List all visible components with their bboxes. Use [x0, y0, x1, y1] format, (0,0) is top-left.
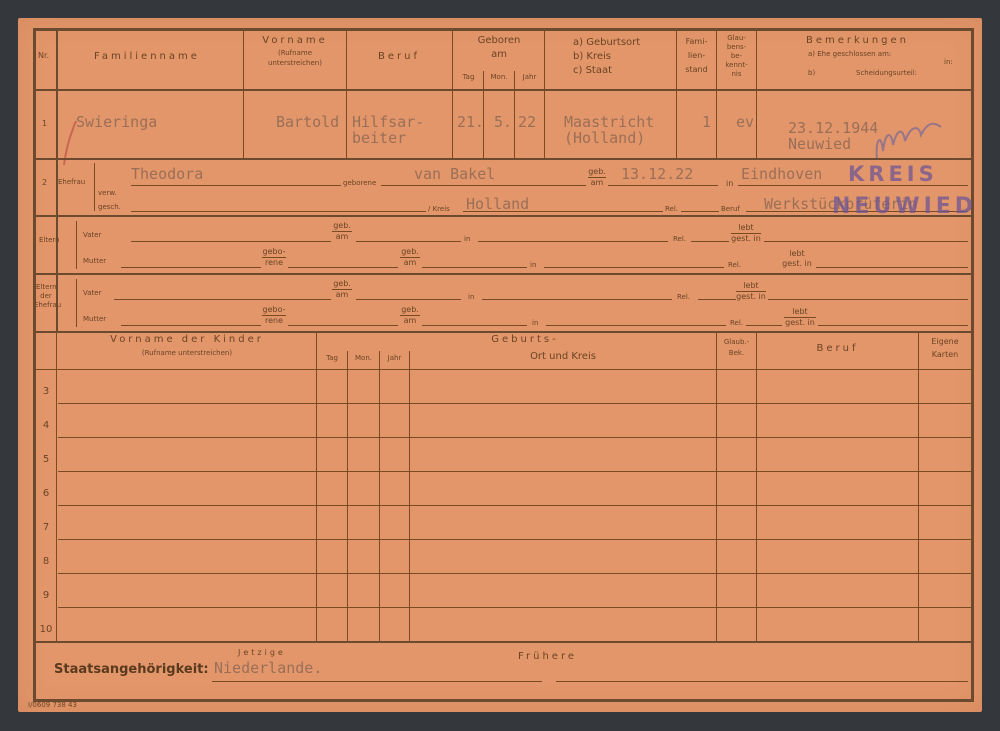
row-nr-1: 1	[42, 119, 47, 128]
in-label: in	[532, 319, 538, 327]
divider	[544, 31, 545, 158]
fill-line	[114, 299, 331, 300]
geb-jahr-value: 22	[518, 113, 536, 131]
kinder-header-vorname: Vorname der Kinder	[58, 334, 316, 345]
header-nr: Nr.	[38, 51, 49, 60]
geborene-label: gebo-rene	[262, 305, 286, 326]
geb-am-label: geb.am	[332, 279, 352, 300]
eltern-label: Eltern	[39, 236, 60, 244]
card-frame: Nr. Familienname Vorname (Rufname unters…	[33, 28, 974, 702]
fruehere-label: Frühere	[518, 651, 577, 662]
kinder-header-mon: Mon.	[348, 354, 379, 362]
divider	[36, 89, 971, 91]
header-glaube: kennt-	[717, 61, 756, 69]
fill-line	[463, 211, 663, 212]
kinder-header-note: (Rufname unterstreichen)	[58, 349, 316, 357]
rel-label: Rel.	[728, 261, 741, 269]
brace	[76, 221, 77, 269]
divider	[36, 215, 971, 217]
fill-line	[212, 681, 542, 682]
header-geboren: Geboren	[454, 35, 544, 46]
lebt-gest-label: lebtgest. in	[731, 223, 761, 244]
jetzige-value: Niederlande.	[214, 659, 322, 677]
kreis-label: / Kreis	[428, 205, 450, 213]
ehefrau-vorname: Theodora	[131, 165, 203, 183]
child-row-line	[58, 403, 971, 404]
header-tag: Tag	[454, 73, 483, 81]
in-label: in	[468, 293, 474, 301]
eltern-ehefrau-vater-label: Vater	[83, 289, 101, 297]
eltern-mutter-label: Mutter	[83, 257, 106, 265]
glaube-value: ev	[736, 113, 754, 131]
red-mark-icon	[62, 119, 82, 169]
fill-line	[764, 241, 968, 242]
header-bem-in: in:	[944, 58, 953, 66]
in-label: in	[464, 235, 470, 243]
kinder-header-geburts: Geburts-	[410, 334, 640, 345]
fill-line	[691, 241, 729, 242]
fill-line	[131, 211, 426, 212]
fill-line	[546, 325, 726, 326]
fill-line	[816, 267, 968, 268]
geb-am-label: geb.am	[400, 247, 420, 268]
fill-line	[746, 325, 782, 326]
kinder-header-glaub: Glaub.-	[717, 338, 756, 346]
geborene-label: geborene	[343, 179, 376, 187]
header-vorname-note: (Rufname	[246, 49, 344, 57]
divider	[716, 331, 717, 641]
fill-line	[608, 185, 718, 186]
rel-label: Rel.	[677, 293, 690, 301]
kinder-header-eigene: Eigene	[919, 337, 971, 346]
divider	[316, 331, 317, 641]
header-familienstand: Fami-	[677, 37, 716, 46]
in-label: in	[726, 179, 733, 188]
eltern-vater-label: Vater	[83, 231, 101, 239]
stamp-kreis: KREIS	[848, 162, 938, 186]
divider	[36, 641, 971, 643]
header-beruf: Beruf	[348, 51, 450, 62]
registration-card: Nr. Familienname Vorname (Rufname unters…	[18, 18, 982, 712]
child-row-nr: 3	[38, 386, 54, 397]
header-familienstand: stand	[677, 65, 716, 74]
divider	[36, 331, 971, 333]
geborene-label: gebo-rene	[262, 247, 286, 268]
rel-label: Rel.	[730, 319, 743, 327]
fill-line	[422, 325, 527, 326]
divider	[346, 31, 347, 158]
geb-am-label: geb.am	[400, 305, 420, 326]
geb-am-label: geb.am	[588, 167, 606, 188]
header-glaube: Glau-	[717, 34, 756, 42]
form-code: I/0609 738 43	[28, 701, 77, 709]
kinder-header-beruf: Beruf	[757, 343, 918, 354]
row-nr-2: 2	[42, 178, 47, 187]
fill-line	[356, 241, 461, 242]
fill-line	[131, 241, 331, 242]
fill-line	[768, 299, 968, 300]
header-geboren-am: am	[454, 49, 544, 60]
child-row-nr: 9	[38, 590, 54, 601]
beruf-label: Beruf	[721, 205, 740, 213]
child-row-line	[58, 437, 971, 438]
divider	[409, 351, 410, 641]
eltern-ehefrau-label: Eltern	[36, 283, 56, 291]
divider	[56, 331, 57, 641]
fill-line	[121, 267, 261, 268]
child-row-nr: 7	[38, 522, 54, 533]
eltern-ehefrau-mutter-label: Mutter	[83, 315, 106, 323]
geb-am-label: geb.am	[332, 221, 352, 242]
geb-mon-value: 5.	[494, 113, 512, 131]
familienname-value: Swieringa	[76, 113, 157, 131]
brace	[94, 163, 95, 211]
fill-line	[381, 185, 586, 186]
divider	[756, 31, 757, 158]
staatsangehoerigkeit-label: Staatsangehörigkeit:	[54, 662, 209, 677]
fill-line	[681, 211, 719, 212]
child-row-line	[58, 471, 971, 472]
header-ort-b: b) Kreis	[573, 51, 611, 62]
divider	[379, 351, 380, 641]
fill-line	[818, 325, 968, 326]
kinder-header-glaub: Bek.	[717, 349, 756, 357]
fill-line	[698, 299, 736, 300]
header-bemerkungen: Bemerkungen	[806, 35, 909, 46]
rel-label: Rel.	[665, 205, 678, 213]
ehefrau-geb-ort: Eindhoven	[741, 165, 822, 183]
fill-line	[288, 325, 398, 326]
ehe-place-value: Neuwied	[788, 135, 851, 153]
geb-tag-value: 21.	[457, 113, 484, 131]
child-row-nr: 5	[38, 454, 54, 465]
lebt-gest-label: lebtgest. in	[781, 249, 813, 269]
kinder-header-ort: Ort und Kreis	[410, 351, 716, 362]
header-glaube: bens-	[717, 43, 756, 51]
verw-label: verw.	[98, 189, 117, 197]
header-bem-a: a) Ehe geschlossen am:	[808, 50, 891, 58]
header-glaube: nis	[717, 70, 756, 78]
jetzige-label: Jetzige	[238, 648, 286, 657]
header-vorname: Vorname	[246, 35, 344, 46]
divider	[918, 331, 919, 641]
gesch-label: gesch.	[98, 203, 121, 211]
child-row-nr: 8	[38, 556, 54, 567]
child-row-nr: 10	[38, 624, 54, 635]
fill-line	[482, 299, 672, 300]
header-familienname: Familienname	[94, 51, 200, 62]
header-ort-a: a) Geburtsort	[573, 37, 640, 48]
lebt-gest-label: lebtgest. in	[736, 281, 766, 302]
divider	[347, 351, 348, 641]
fill-line	[356, 299, 461, 300]
header-jahr: Jahr	[515, 73, 544, 81]
kinder-header-tag: Tag	[317, 354, 347, 362]
eltern-ehefrau-label: der	[36, 292, 56, 300]
header-mon: Mon.	[484, 73, 514, 81]
eltern-ehefrau-label: Ehefrau	[34, 301, 58, 309]
divider	[36, 369, 971, 370]
header-ort-c: c) Staat	[573, 65, 612, 76]
divider	[756, 331, 757, 641]
fill-line	[131, 185, 341, 186]
header-familienstand: lien-	[677, 51, 716, 60]
in-label: in	[530, 261, 536, 269]
ehefrau-geborene: van Bakel	[414, 165, 495, 183]
ehefrau-label: Ehefrau	[58, 178, 85, 186]
fill-line	[556, 681, 968, 682]
fill-line	[121, 325, 261, 326]
header-glaube: be-	[717, 52, 756, 60]
divider	[36, 158, 971, 160]
child-row-nr: 4	[38, 420, 54, 431]
brace	[76, 279, 77, 327]
child-row-line	[58, 505, 971, 506]
fill-line	[544, 267, 724, 268]
vorname-value: Bartold	[276, 113, 339, 131]
header-bem-b: b)	[808, 69, 815, 77]
fill-line	[478, 241, 668, 242]
fill-line	[288, 267, 398, 268]
child-row-line	[58, 539, 971, 540]
rel-label: Rel.	[673, 235, 686, 243]
child-row-nr: 6	[38, 488, 54, 499]
divider	[452, 31, 453, 158]
geburtsort-value-2: (Holland)	[564, 129, 645, 147]
beruf-value-2: beiter	[352, 129, 406, 147]
fill-line	[422, 267, 527, 268]
header-bem-scheidung: Scheidungsurteil:	[856, 69, 917, 77]
child-row-line	[58, 573, 971, 574]
header-vorname-note: unterstreichen)	[246, 59, 344, 67]
ehefrau-geb-date: 13.12.22	[621, 165, 693, 183]
familienstand-value: 1	[702, 113, 711, 131]
lebt-gest-label: lebtgest. in	[784, 307, 816, 328]
divider	[36, 273, 971, 275]
divider	[243, 31, 244, 158]
kinder-header-jahr: Jahr	[380, 354, 409, 362]
child-row-line	[58, 607, 971, 608]
kinder-header-karten: Karten	[919, 350, 971, 359]
divider	[514, 71, 515, 158]
